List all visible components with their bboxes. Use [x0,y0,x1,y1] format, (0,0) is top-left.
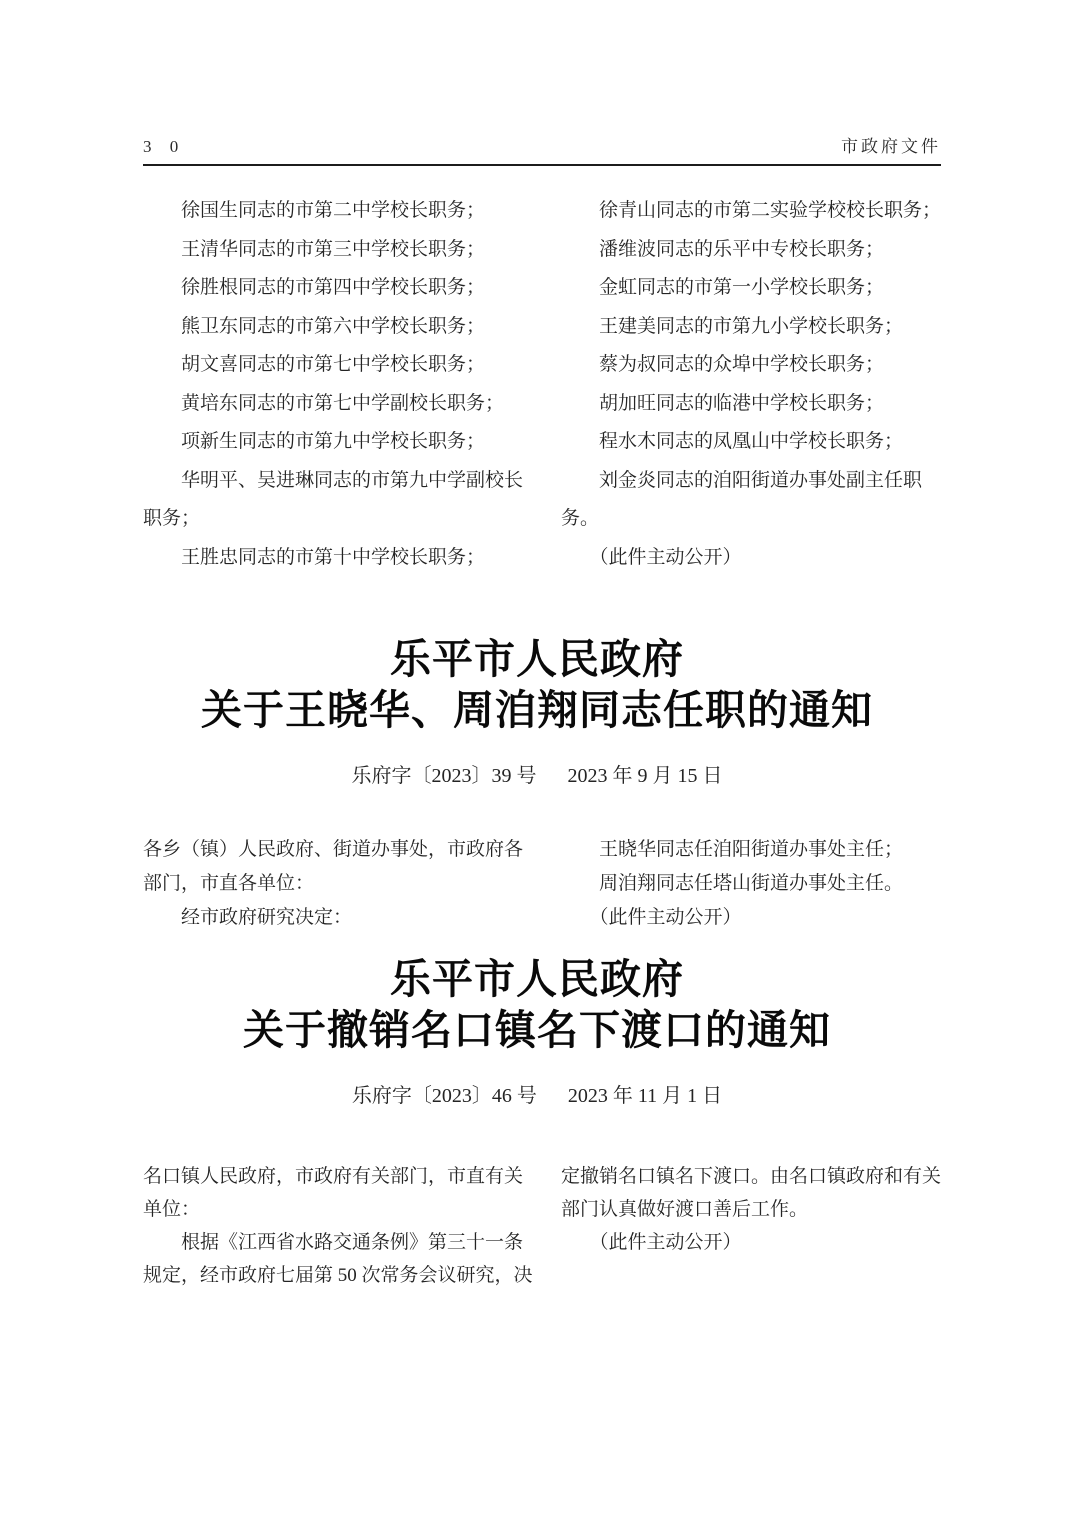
notice-ferry-title-line1: 乐平市人民政府 [0,954,1074,1005]
text-line: 部门认真做好渡口善后工作。 [561,1193,973,1226]
notice-ferry-doc-number: 乐府字〔2023〕46 号 [352,1085,537,1107]
notice-appointment-body-left-column: 各乡（镇）人民政府、街道办事处，市政府各部门，市直各单位： 经市政府研究决定： [143,833,529,935]
dismissal-list-section: 徐国生同志的市第二中学校长职务； 王清华同志的市第三中学校长职务； 徐胜根同志的… [143,192,973,577]
notice-ferry-date: 2023 年 11 月 1 日 [568,1085,722,1107]
text-line: （此件主动公开） [561,1226,973,1259]
text-line: 王晓华同志任洎阳街道办事处主任； [561,833,973,867]
text-line: 项新生同志的市第九中学校长职务； [143,423,529,462]
page-number: 3 0 [143,134,185,160]
notice-ferry-body-right-column: 定撤销名口镇名下渡口。由名口镇政府和有关部门认真做好渡口善后工作。 （此件主动公… [561,1160,973,1292]
text-line: 胡文喜同志的市第七中学校长职务； [143,346,529,385]
text-line: 徐国生同志的市第二中学校长职务； [143,192,529,231]
page-header: 3 0 市政府文件 [143,134,941,166]
notice-ferry-meta: 乐府字〔2023〕46 号 2023 年 11 月 1 日 [0,1084,1074,1108]
notice-appointment-date: 2023 年 9 月 15 日 [568,765,723,787]
text-line: 华明平、吴进琳同志的市第九中学副校长 [143,462,529,501]
text-line: （此件主动公开） [561,539,973,578]
text-line: 金虹同志的市第一小学校长职务； [561,269,973,308]
text-line: 单位： [143,1193,529,1226]
notice-appointment-body: 各乡（镇）人民政府、街道办事处，市政府各部门，市直各单位： 经市政府研究决定： … [143,833,973,935]
document-page: 3 0 市政府文件 徐国生同志的市第二中学校长职务； 王清华同志的市第三中学校长… [0,0,1074,1520]
text-line: 熊卫东同志的市第六中学校长职务； [143,308,529,347]
notice-appointment-doc-number: 乐府字〔2023〕39 号 [352,765,537,787]
notice-appointment-meta: 乐府字〔2023〕39 号 2023 年 9 月 15 日 [0,764,1074,788]
notice-ferry-body-left-column: 名口镇人民政府，市政府有关部门，市直有关单位： 根据《江西省水路交通条例》第三十… [143,1160,529,1292]
text-line: 黄培东同志的市第七中学副校长职务； [143,385,529,424]
dismissal-list-left-column: 徐国生同志的市第二中学校长职务； 王清华同志的市第三中学校长职务； 徐胜根同志的… [143,192,529,577]
text-line: 刘金炎同志的洎阳街道办事处副主任职 [561,462,973,501]
notice-appointment-body-right-column: 王晓华同志任洎阳街道办事处主任； 周洎翔同志任塔山街道办事处主任。 （此件主动公… [561,833,973,935]
text-line: 王清华同志的市第三中学校长职务； [143,231,529,270]
header-doc-type-label: 市政府文件 [841,134,941,160]
text-line: 各乡（镇）人民政府、街道办事处，市政府各 [143,833,529,867]
text-line: 经市政府研究决定： [143,901,529,935]
notice-appointment-title: 乐平市人民政府 关于王晓华、周洎翔同志任职的通知 [0,634,1074,736]
notice-ferry-body: 名口镇人民政府，市政府有关部门，市直有关单位： 根据《江西省水路交通条例》第三十… [143,1160,973,1292]
text-line: 定撤销名口镇名下渡口。由名口镇政府和有关 [561,1160,973,1193]
text-line: 潘维波同志的乐平中专校长职务； [561,231,973,270]
text-line: 根据《江西省水路交通条例》第三十一条 [143,1226,529,1259]
text-line: 周洎翔同志任塔山街道办事处主任。 [561,867,973,901]
notice-appointment-title-line2: 关于王晓华、周洎翔同志任职的通知 [0,685,1074,736]
text-line: 胡加旺同志的临港中学校长职务； [561,385,973,424]
dismissal-list-right-column: 徐青山同志的市第二实验学校校长职务； 潘维波同志的乐平中专校长职务； 金虹同志的… [561,192,973,577]
notice-ferry-title: 乐平市人民政府 关于撤销名口镇名下渡口的通知 [0,954,1074,1056]
text-line: 蔡为叔同志的众埠中学校长职务； [561,346,973,385]
notice-appointment-title-line1: 乐平市人民政府 [0,634,1074,685]
text-line: 徐胜根同志的市第四中学校长职务； [143,269,529,308]
text-line: 部门，市直各单位： [143,867,529,901]
text-line: 职务； [143,500,529,539]
notice-ferry-title-line2: 关于撤销名口镇名下渡口的通知 [0,1005,1074,1056]
text-line: 徐青山同志的市第二实验学校校长职务； [561,192,973,231]
text-line: 王胜忠同志的市第十中学校长职务； [143,539,529,578]
text-line: 名口镇人民政府，市政府有关部门，市直有关 [143,1160,529,1193]
text-line: 务。 [561,500,973,539]
text-line: （此件主动公开） [561,901,973,935]
text-line: 王建美同志的市第九小学校长职务； [561,308,973,347]
text-line: 规定，经市政府七届第 50 次常务会议研究，决 [143,1259,529,1292]
text-line: 程水木同志的凤凰山中学校长职务； [561,423,973,462]
